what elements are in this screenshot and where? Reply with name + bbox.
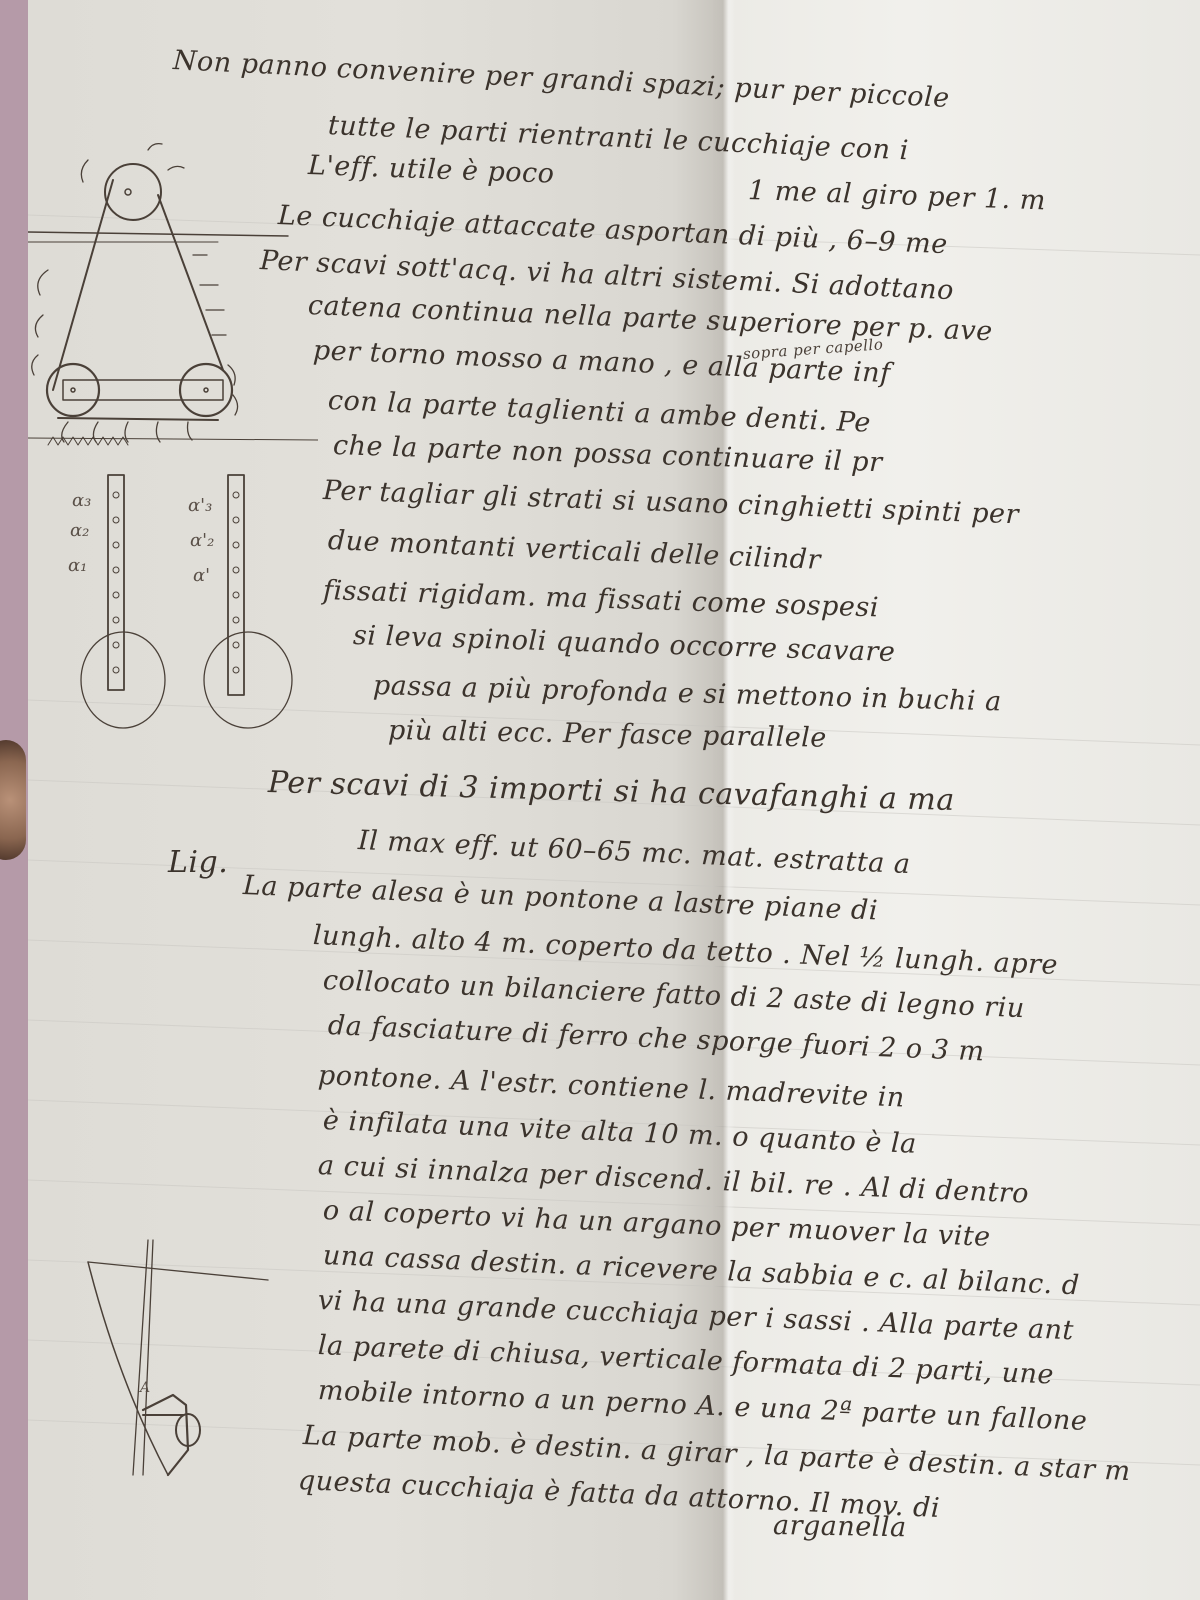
margin-note: Lig. (168, 845, 228, 880)
bucket-chain-dredge-sketch (28, 140, 318, 450)
sketch-label: α₁ (68, 555, 87, 576)
sketch-label: α'₂ (190, 530, 214, 551)
sketch-label: α₂ (70, 520, 89, 541)
perforated-upright-posts-sketch: α₃ α₂ α₁ α'₃ α'₂ α' (68, 470, 318, 740)
hinged-bucket-sketch: A (58, 1220, 278, 1480)
thumb (0, 740, 26, 860)
pivot-label: A (140, 1380, 150, 1396)
text-line: arganella (773, 1510, 907, 1543)
sketch-label: α' (193, 565, 210, 586)
sketch-label: α'₃ (188, 495, 212, 516)
notebook-page: Non panno convenire per grandi spazi; pu… (28, 0, 1200, 1600)
sketch-label: α₃ (72, 490, 91, 511)
